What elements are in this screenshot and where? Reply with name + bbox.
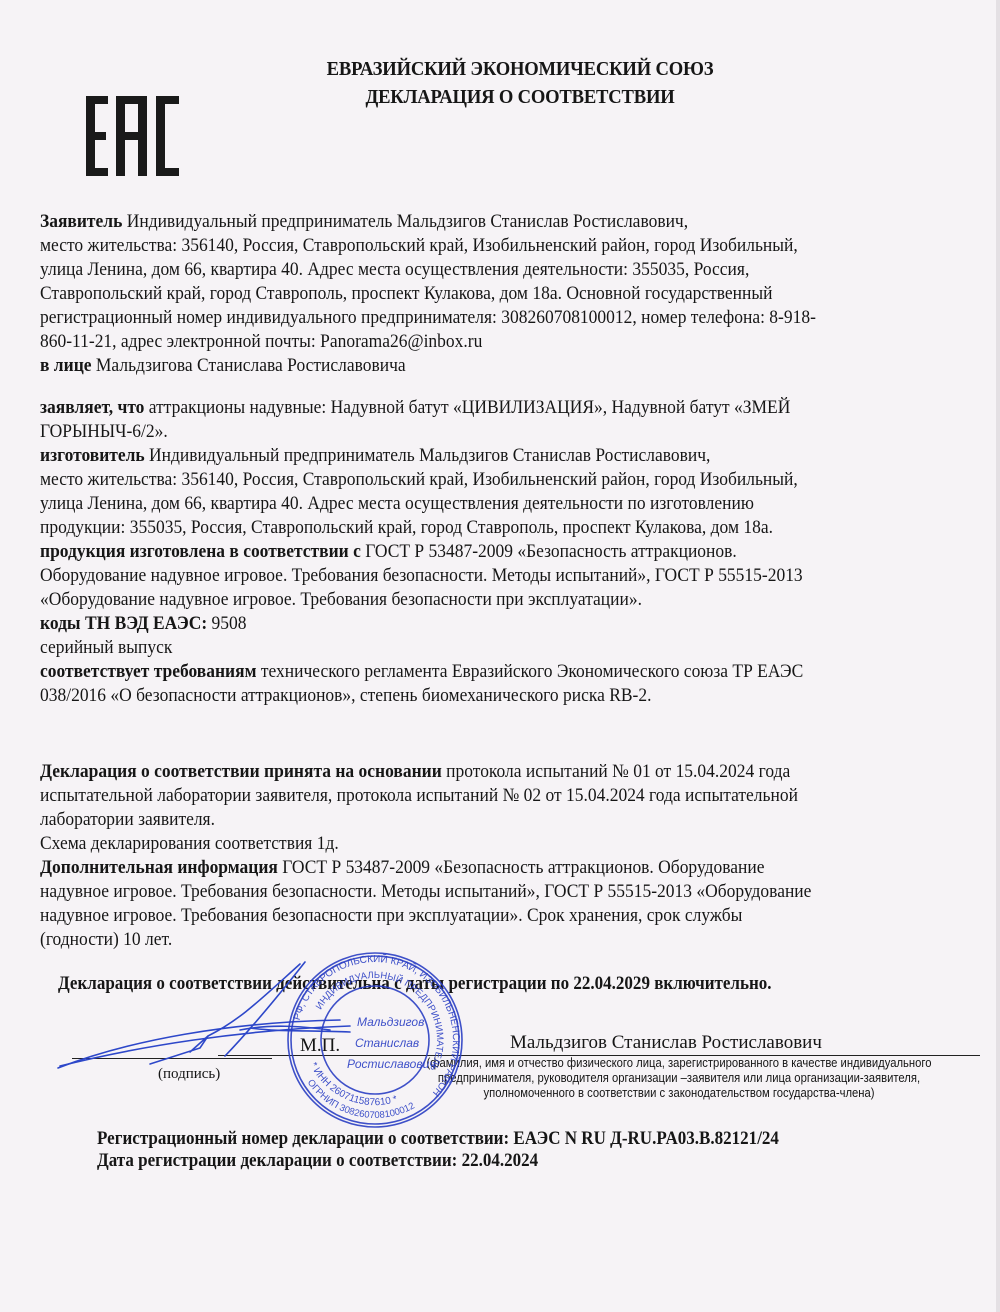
manufacturer-line: продукции: 355035, Россия, Ставропольски…	[40, 516, 773, 540]
standards-text: Оборудование надувное игровое. Требовани…	[40, 564, 803, 588]
basis-section: Декларация о соответствии принята на осн…	[40, 760, 955, 952]
stamp-ogrnip: ОГРНИП 308260708100012	[305, 1077, 417, 1121]
registration-block: Регистрационный номер декларации о соотв…	[97, 1128, 838, 1172]
applicant-line: Индивидуальный предприниматель Мальдзиго…	[122, 211, 688, 232]
applicant-line: Ставропольский край, город Ставрополь, п…	[40, 282, 772, 306]
standards-label: продукция изготовлена в соответствии с	[40, 541, 361, 562]
applicant-line: улица Ленина, дом 66, квартира 40. Адрес…	[40, 258, 749, 282]
represented-label: в лице	[40, 355, 92, 376]
name-caption-line: (фамилия, имя и отчество физического лиц…	[414, 1056, 945, 1071]
basis-text: испытательной лаборатории заявителя, про…	[40, 784, 798, 808]
applicant-line: место жительства: 356140, Россия, Ставро…	[40, 234, 798, 258]
document-header: ЕВРАЗИЙСКИЙ ЭКОНОМИЧЕСКИЙ СОЮЗ ДЕКЛАРАЦИ…	[269, 55, 771, 111]
manufacturer-line: Индивидуальный предприниматель Мальдзиго…	[145, 445, 711, 466]
header-union: ЕВРАЗИЙСКИЙ ЭКОНОМИЧЕСКИЙ СОЮЗ	[269, 55, 771, 83]
stamp-center-line: Станислав	[355, 1036, 419, 1050]
applicant-label: Заявитель	[40, 211, 122, 232]
svg-text:ОГРНИП 308260708100012: ОГРНИП 308260708100012	[305, 1077, 417, 1121]
stamp-inn: * ИНН 260711587610 *	[307, 1061, 398, 1108]
product-section: заявляет, что аттракционы надувные: Наду…	[40, 396, 955, 708]
applicant-line: 860-11-21, адрес электронной почты: Pano…	[40, 330, 482, 354]
standards-text: «Оборудование надувное игровое. Требован…	[40, 588, 642, 612]
declaration-page: ЕВРАЗИЙСКИЙ ЭКОНОМИЧЕСКИЙ СОЮЗ ДЕКЛАРАЦИ…	[0, 0, 1000, 1312]
registration-date-label: Дата регистрации декларации о соответств…	[97, 1151, 457, 1171]
compliance-text: технического регламента Евразийского Эко…	[256, 661, 803, 682]
declares-text: ГОРЫНЫЧ-6/2».	[40, 420, 168, 444]
standards-text: ГОСТ Р 53487-2009 «Безопасность аттракци…	[361, 541, 737, 562]
name-caption: (фамилия, имя и отчество физического лиц…	[414, 1056, 945, 1101]
signature-line	[72, 1058, 272, 1059]
additional-text: ГОСТ Р 53487-2009 «Безопасность аттракци…	[278, 857, 765, 878]
stamp-center-line: Мальдзигов	[357, 1015, 424, 1029]
validity-statement: Декларация о соответствии действительна …	[58, 972, 973, 996]
manufacturer-line: место жительства: 356140, Россия, Ставро…	[40, 468, 798, 492]
signatory-name: Мальдзигов Станислав Ростиславович	[510, 1032, 822, 1054]
validity-text: Декларация о соответствии действительна …	[58, 972, 772, 996]
signature-caption: (подпись)	[158, 1066, 220, 1083]
additional-text: надувное игровое. Требования безопасност…	[40, 880, 811, 904]
registration-number: ЕАЭС N RU Д-RU.PA03.В.82121/24	[509, 1129, 779, 1149]
registration-number-label: Регистрационный номер декларации о соотв…	[97, 1129, 509, 1149]
manufacturer-line: улица Ленина, дом 66, квартира 40. Адрес…	[40, 492, 754, 516]
additional-label: Дополнительная информация	[40, 857, 278, 878]
header-title: ДЕКЛАРАЦИЯ О СООТВЕТСТВИИ	[269, 83, 771, 111]
additional-text: надувное игровое. Требования безопасност…	[40, 904, 742, 928]
additional-text: (годности) 10 лет.	[40, 928, 172, 952]
name-caption-line: предпринимателя, руководителя организаци…	[414, 1071, 945, 1086]
applicant-line: регистрационный номер индивидуального пр…	[40, 306, 816, 330]
name-caption-line: уполномоченного в соответствии с законод…	[414, 1086, 945, 1101]
represented-by: Мальдзигова Станислава Ростиславовича	[92, 355, 406, 376]
basis-label: Декларация о соответствии принята на осн…	[40, 761, 442, 782]
declares-text: аттракционы надувные: Надувной батут «ЦИ…	[144, 397, 790, 418]
production-type: серийный выпуск	[40, 636, 172, 660]
page-edge	[996, 0, 1000, 1312]
compliance-label: соответствует требованиям	[40, 661, 256, 682]
compliance-text: 038/2016 «О безопасности аттракционов», …	[40, 684, 651, 708]
scheme-text: Схема декларирования соответствия 1д.	[40, 832, 339, 856]
seal-mark: М.П.	[300, 1035, 340, 1057]
codes-label: коды ТН ВЭД ЕАЭС:	[40, 613, 207, 634]
codes-value: 9508	[207, 613, 246, 634]
applicant-section: Заявитель Индивидуальный предприниматель…	[40, 210, 955, 378]
basis-text: протокола испытаний № 01 от 15.04.2024 г…	[442, 761, 790, 782]
svg-text:* ИНН 260711587610 *: * ИНН 260711587610 *	[307, 1061, 398, 1108]
eac-logo-icon	[86, 96, 180, 176]
basis-text: лаборатории заявителя.	[40, 808, 215, 832]
registration-date: 22.04.2024	[457, 1151, 538, 1171]
declares-label: заявляет, что	[40, 397, 144, 418]
manufacturer-label: изготовитель	[40, 445, 145, 466]
